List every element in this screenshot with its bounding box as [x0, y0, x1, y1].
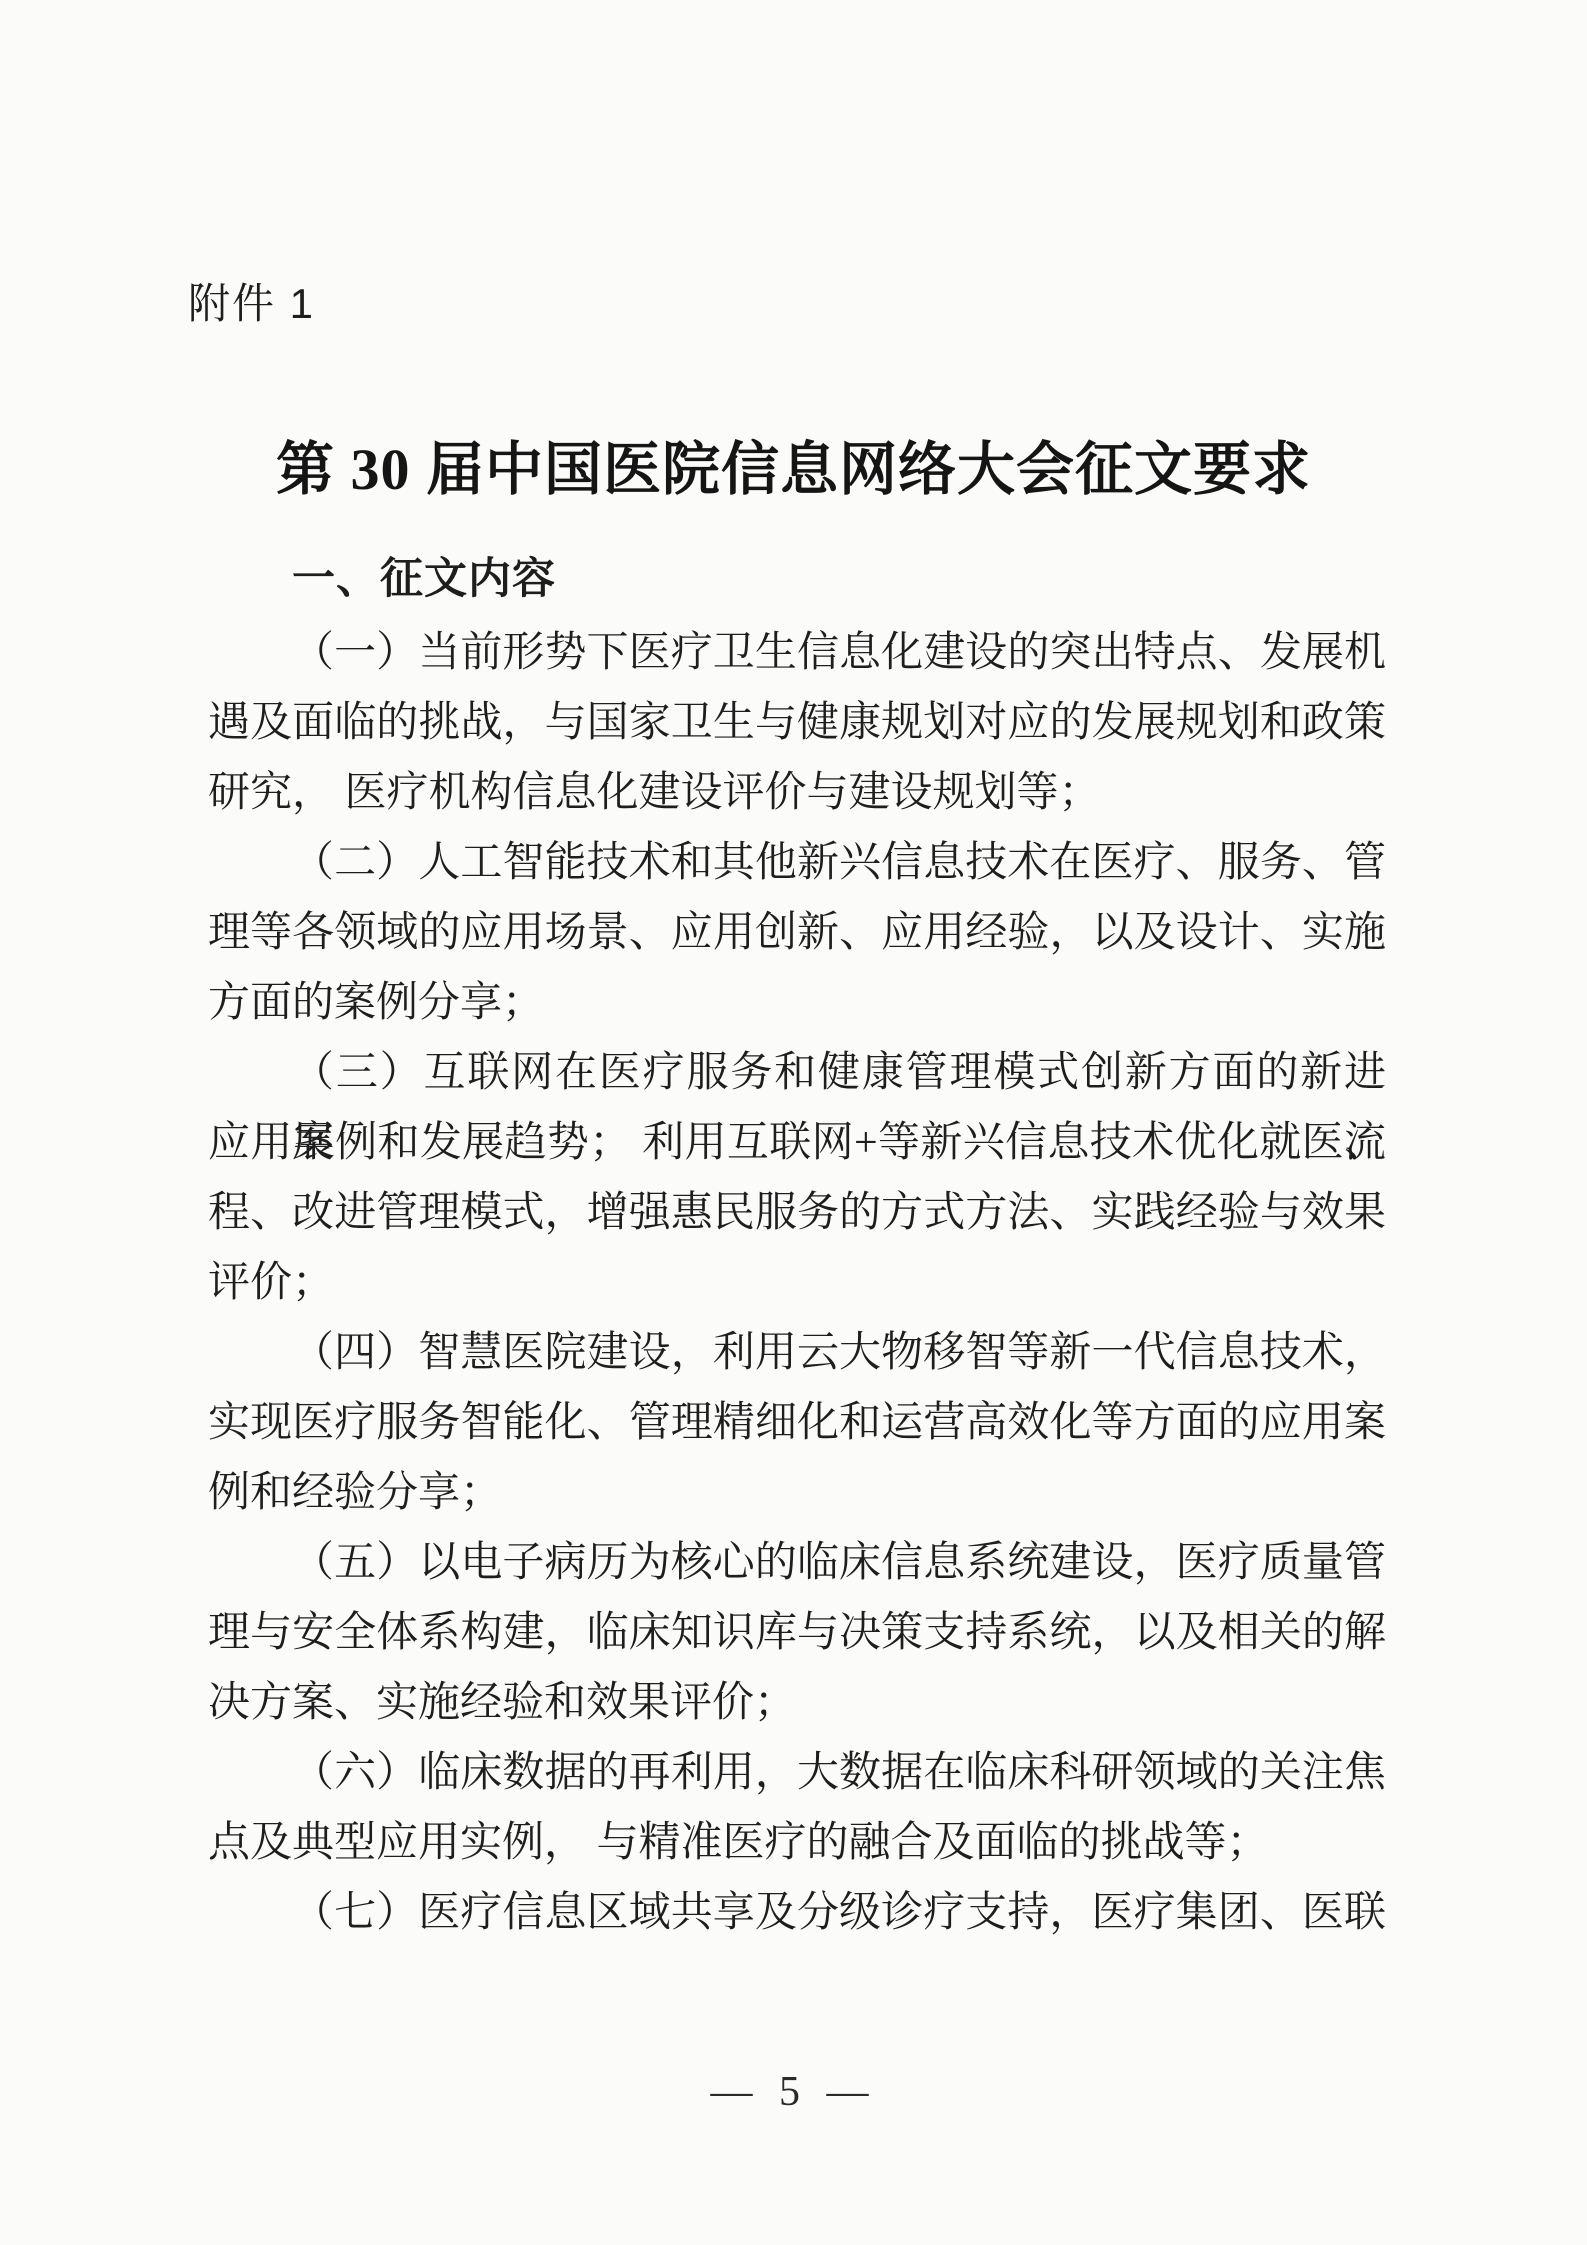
- body-line-p6: 点及典型应用实例， 与精准医疗的融合及面临的挑战等；: [208, 1808, 1386, 1878]
- body-line-p1: 遇及面临的挑战，与国家卫生与健康规划对应的发展规划和政策: [208, 688, 1386, 758]
- body-line-p2: 方面的案例分享；: [208, 968, 1386, 1038]
- body-paragraphs: （一）当前形势下医疗卫生信息化建设的突出特点、发展机遇及面临的挑战，与国家卫生与…: [208, 618, 1386, 1948]
- page-number: — 5 —: [0, 2066, 1587, 2118]
- document-page: 附件 1 第 30 届中国医院信息网络大会征文要求 一、征文内容 （一）当前形势…: [0, 0, 1587, 2245]
- body-line-p7: （七）医疗信息区域共享及分级诊疗支持，医疗集团、医联: [208, 1878, 1386, 1948]
- body-line-p5: 决方案、实施经验和效果评价；: [208, 1668, 1386, 1738]
- body-line-p1: 研究， 医疗机构信息化建设评价与建设规划等；: [208, 758, 1386, 828]
- body-line-p3: 应用案例和发展趋势； 利用互联网+等新兴信息技术优化就医流: [208, 1108, 1386, 1178]
- document-title: 第 30 届中国医院信息网络大会征文要求: [0, 434, 1587, 506]
- section-heading: 一、征文内容: [292, 550, 556, 608]
- body-line-p4: 实现医疗服务智能化、管理精细化和运营高效化等方面的应用案: [208, 1388, 1386, 1458]
- body-line-p3: （三）互联网在医疗服务和健康管理模式创新方面的新进展、: [208, 1038, 1386, 1108]
- body-line-p2: （二）人工智能技术和其他新兴信息技术在医疗、服务、管: [208, 828, 1386, 898]
- body-line-p5: （五）以电子病历为核心的临床信息系统建设，医疗质量管: [208, 1528, 1386, 1598]
- attachment-label: 附件 1: [188, 276, 315, 332]
- body-line-p4: （四）智慧医院建设，利用云大物移智等新一代信息技术，: [208, 1318, 1386, 1388]
- body-line-p1: （一）当前形势下医疗卫生信息化建设的突出特点、发展机: [208, 618, 1386, 688]
- body-line-p3: 评价；: [208, 1248, 1386, 1318]
- body-line-p4: 例和经验分享；: [208, 1458, 1386, 1528]
- body-line-p3: 程、改进管理模式，增强惠民服务的方式方法、实践经验与效果: [208, 1178, 1386, 1248]
- body-line-p5: 理与安全体系构建，临床知识库与决策支持系统，以及相关的解: [208, 1598, 1386, 1668]
- body-line-p2: 理等各领域的应用场景、应用创新、应用经验，以及设计、实施: [208, 898, 1386, 968]
- body-line-p6: （六）临床数据的再利用，大数据在临床科研领域的关注焦: [208, 1738, 1386, 1808]
